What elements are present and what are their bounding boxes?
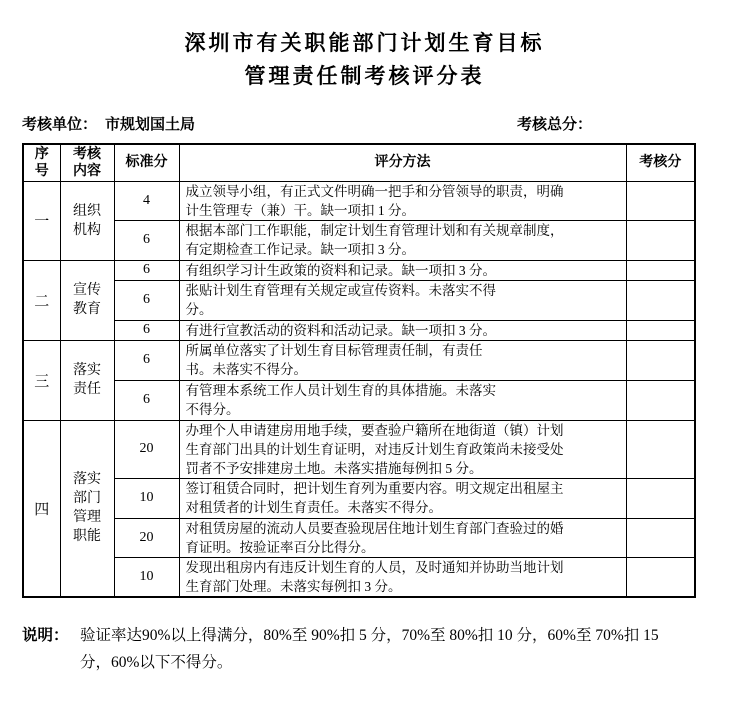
table-row: 6 张贴计划生育管理有关规定或宣传资料。未落实不得 分。 [23, 280, 695, 320]
seq-cell: 三 [23, 340, 60, 420]
assessed-score-cell [626, 557, 695, 597]
header-seq: 序 号 [23, 144, 60, 181]
standard-score-cell: 20 [114, 420, 179, 478]
header-standard-score: 标准分 [114, 144, 179, 181]
method-cell: 成立领导小组，有正式文件明确一把手和分管领导的职责，明确 计生管理专（兼）干。缺… [179, 181, 626, 220]
assessed-score-cell [626, 260, 695, 280]
document-title: 深圳市有关职能部门计划生育目标 管理责任制考核评分表 [0, 27, 729, 93]
assessed-score-cell [626, 340, 695, 380]
assessed-score-cell [626, 380, 695, 420]
table-row: 10 签订租赁合同时，把计划生育列为重要内容。明文规定出租屋主 对租赁者的计划生… [23, 478, 695, 518]
category-cell: 落实 责任 [60, 340, 114, 420]
table-row: 20 对租赁房屋的流动人员要查验现居住地计划生育部门查验过的婚 育证明。按验证率… [23, 518, 695, 557]
assessed-unit-label: 考核单位： [22, 113, 97, 134]
seq-cell: 四 [23, 420, 60, 597]
method-cell: 有管理本系统工作人员计划生育的具体措施。未落实 不得分。 [179, 380, 626, 420]
total-score-label: 考核总分： [517, 113, 592, 134]
standard-score-cell: 6 [114, 340, 179, 380]
assessed-score-cell [626, 280, 695, 320]
note-text: 验证率达90%以上得满分，80%至 90%扣 5 分，70%至 80%扣 10 … [80, 622, 714, 676]
method-cell: 张贴计划生育管理有关规定或宣传资料。未落实不得 分。 [179, 280, 626, 320]
table-row: 一 组织 机构 4 成立领导小组，有正式文件明确一把手和分管领导的职责，明确 计… [23, 181, 695, 220]
table-row: 二 宣传 教育 6 有组织学习计生政策的资料和记录。缺一项扣 3 分。 [23, 260, 695, 280]
standard-score-cell: 4 [114, 181, 179, 220]
assessment-table: 序 号 考核 内容 标准分 评分方法 考核分 一 组织 机构 4 成立领导小组，… [22, 143, 696, 598]
standard-score-cell: 10 [114, 478, 179, 518]
table-row: 三 落实 责任 6 所属单位落实了计划生育目标管理责任制，有责任 书。未落实不得… [23, 340, 695, 380]
method-cell: 发现出租房内有违反计划生育的人员，及时通知并协助当地计划 生育部门处理。未落实每… [179, 557, 626, 597]
seq-cell: 二 [23, 260, 60, 340]
method-cell: 根据本部门工作职能，制定计划生育管理计划和有关规章制度， 有定期检查工作记录。缺… [179, 220, 626, 260]
seq-cell: 一 [23, 181, 60, 260]
standard-score-cell: 6 [114, 260, 179, 280]
category-cell: 宣传 教育 [60, 260, 114, 340]
assessed-score-cell [626, 420, 695, 478]
info-line: 考核单位： 市规划国土局 考核总分： [0, 113, 729, 135]
standard-score-cell: 10 [114, 557, 179, 597]
method-cell: 有组织学习计生政策的资料和记录。缺一项扣 3 分。 [179, 260, 626, 280]
method-cell: 办理个人申请建房用地手续，要查验户籍所在地街道（镇）计划 生育部门出具的计划生育… [179, 420, 626, 478]
note-label: 说明： [22, 622, 80, 649]
method-cell: 对租赁房屋的流动人员要查验现居住地计划生育部门查验过的婚 育证明。按验证率百分比… [179, 518, 626, 557]
header-assessed-score: 考核分 [626, 144, 695, 181]
table-row: 10 发现出租房内有违反计划生育的人员，及时通知并协助当地计划 生育部门处理。未… [23, 557, 695, 597]
standard-score-cell: 20 [114, 518, 179, 557]
standard-score-cell: 6 [114, 380, 179, 420]
category-cell: 落实 部门 管理 职能 [60, 420, 114, 597]
method-cell: 签订租赁合同时，把计划生育列为重要内容。明文规定出租屋主 对租赁者的计划生育责任… [179, 478, 626, 518]
table-row: 6 有管理本系统工作人员计划生育的具体措施。未落实 不得分。 [23, 380, 695, 420]
category-cell: 组织 机构 [60, 181, 114, 260]
document-page: 深圳市有关职能部门计划生育目标 管理责任制考核评分表 考核单位： 市规划国土局 … [0, 0, 729, 705]
assessed-unit-value: 市规划国土局 [105, 113, 195, 134]
header-method: 评分方法 [179, 144, 626, 181]
standard-score-cell: 6 [114, 320, 179, 340]
table-header-row: 序 号 考核 内容 标准分 评分方法 考核分 [23, 144, 695, 181]
assessed-score-cell [626, 518, 695, 557]
note: 说明： 验证率达90%以上得满分，80%至 90%扣 5 分，70%至 80%扣… [22, 622, 714, 676]
assessed-score-cell [626, 220, 695, 260]
method-cell: 所属单位落实了计划生育目标管理责任制，有责任 书。未落实不得分。 [179, 340, 626, 380]
standard-score-cell: 6 [114, 220, 179, 260]
header-category: 考核 内容 [60, 144, 114, 181]
standard-score-cell: 6 [114, 280, 179, 320]
table-row: 四 落实 部门 管理 职能 20 办理个人申请建房用地手续，要查验户籍所在地街道… [23, 420, 695, 478]
table-row: 6 有进行宣教活动的资料和活动记录。缺一项扣 3 分。 [23, 320, 695, 340]
table-row: 6 根据本部门工作职能，制定计划生育管理计划和有关规章制度， 有定期检查工作记录… [23, 220, 695, 260]
assessed-score-cell [626, 478, 695, 518]
assessed-score-cell [626, 181, 695, 220]
method-cell: 有进行宣教活动的资料和活动记录。缺一项扣 3 分。 [179, 320, 626, 340]
assessed-score-cell [626, 320, 695, 340]
